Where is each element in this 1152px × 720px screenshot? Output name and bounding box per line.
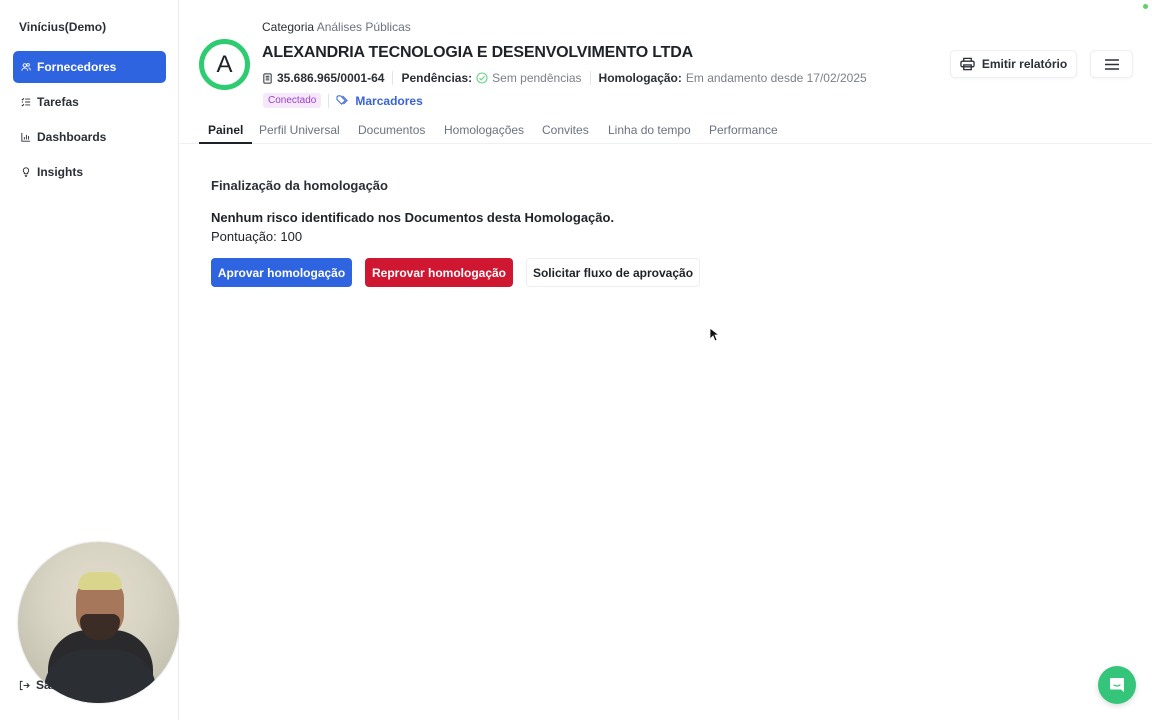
lightbulb-icon: [21, 167, 31, 177]
user-name: Vinícius(Demo): [19, 20, 106, 34]
markers-link[interactable]: Marcadores: [336, 94, 422, 108]
app-window: Vinícius(Demo) Fornecedores Tarefas Dash…: [0, 0, 1152, 720]
category: Categoria Análises Públicas: [262, 20, 411, 34]
list-check-icon: [21, 97, 31, 107]
sidebar-item-tarefas[interactable]: Tarefas: [13, 86, 166, 118]
category-value: Análises Públicas: [317, 20, 411, 34]
tab-performance[interactable]: Performance: [700, 119, 787, 144]
homologation-actions: Aprovar homologação Reprovar homologação…: [211, 258, 700, 287]
tags-row: Conectado Marcadores: [263, 93, 423, 108]
chat-button[interactable]: [1098, 666, 1136, 704]
webcam-overlay: [18, 542, 179, 703]
chat-icon: [1108, 676, 1126, 694]
tab-painel[interactable]: Painel: [199, 119, 252, 144]
status-badge: Conectado: [263, 93, 321, 108]
company-name: ALEXANDRIA TECNOLOGIA E DESENVOLVIMENTO …: [262, 44, 693, 62]
supplier-avatar: A: [199, 39, 250, 90]
markers-label: Marcadores: [355, 94, 422, 108]
sidebar-item-label: Fornecedores: [37, 60, 116, 74]
pending-value: Sem pendências: [492, 71, 581, 85]
section-title: Finalização da homologação: [211, 178, 388, 193]
score: Pontuação: 100: [211, 229, 302, 244]
pending-label: Pendências:: [401, 71, 472, 85]
sidebar-item-insights[interactable]: Insights: [13, 156, 166, 188]
issue-report-label: Emitir relatório: [982, 57, 1067, 71]
category-label: Categoria: [262, 20, 314, 34]
tag-icon: [336, 95, 349, 106]
approve-button[interactable]: Aprovar homologação: [211, 258, 352, 287]
tab-homologacoes[interactable]: Homologações: [435, 119, 533, 144]
logout-icon: [19, 680, 30, 691]
sidebar-item-label: Insights: [37, 165, 83, 179]
request-approval-flow-button[interactable]: Solicitar fluxo de aprovação: [526, 258, 700, 287]
sidebar-nav: Fornecedores Tarefas Dashboards Insights: [13, 51, 166, 191]
homologation-label: Homologação:: [599, 71, 682, 85]
printer-icon: [960, 57, 975, 71]
tab-linha-do-tempo[interactable]: Linha do tempo: [599, 119, 700, 144]
tab-documentos[interactable]: Documentos: [349, 119, 434, 144]
sidebar-item-label: Tarefas: [37, 95, 79, 109]
check-circle-icon: [476, 72, 488, 84]
bar-chart-icon: [21, 132, 31, 142]
reject-button[interactable]: Reprovar homologação: [365, 258, 513, 287]
tab-bar: Painel Perfil Universal Documentos Homol…: [180, 119, 1152, 144]
issue-report-button[interactable]: Emitir relatório: [950, 50, 1077, 78]
building-icon: [262, 73, 273, 84]
tab-convites[interactable]: Convites: [533, 119, 598, 144]
mouse-cursor-icon: [709, 327, 719, 342]
sidebar-item-label: Dashboards: [37, 130, 106, 144]
hamburger-icon: [1105, 59, 1119, 70]
supplier-meta: 35.686.965/0001-64 Pendências: Sem pendê…: [262, 71, 867, 85]
menu-button[interactable]: [1090, 50, 1133, 78]
tab-perfil-universal[interactable]: Perfil Universal: [250, 119, 349, 144]
users-icon: [21, 62, 31, 72]
sidebar-item-fornecedores[interactable]: Fornecedores: [13, 51, 166, 83]
cnpj: 35.686.965/0001-64: [277, 71, 384, 85]
sidebar-item-dashboards[interactable]: Dashboards: [13, 121, 166, 153]
homologation-value: Em andamento desde 17/02/2025: [686, 71, 867, 85]
risk-summary: Nenhum risco identificado nos Documentos…: [211, 210, 614, 225]
status-dot: [1143, 4, 1148, 9]
